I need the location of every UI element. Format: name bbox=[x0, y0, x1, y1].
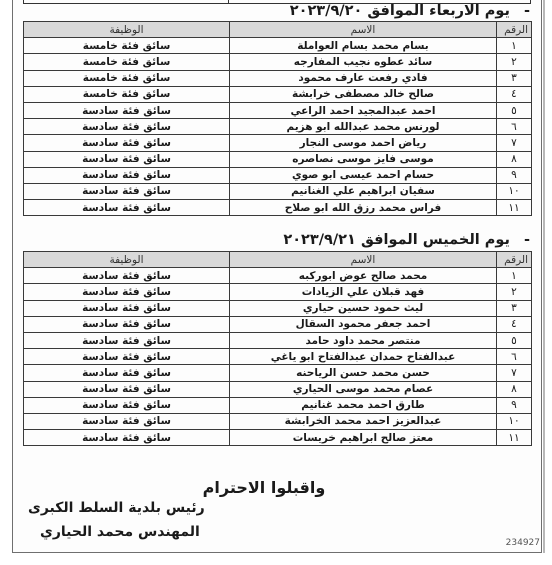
day-title-text: يوم الخميس الموافق ٢٠٢٣/٩/٢١ bbox=[283, 232, 510, 248]
row-number: ١١ bbox=[497, 430, 532, 446]
table-row: ٧رياض احمد موسى النجارسائق فئة سادسة bbox=[24, 135, 532, 151]
table-row: ٨موسى فايز موسى نصاصرهسائق فئة سادسة bbox=[24, 151, 532, 167]
page-edge bbox=[543, 0, 545, 553]
row-number: ٧ bbox=[497, 365, 532, 381]
row-job: سائق فئة سادسة bbox=[24, 381, 230, 397]
table-row: ٥منتصر محمد داود حامدسائق فئة سادسة bbox=[24, 332, 532, 348]
table-row: ٢سائد عطوه نجيب المفارجهسائق فئة خامسة bbox=[24, 54, 532, 70]
thursday-table: الرقم الاسم الوظيفة ١محمد صالح عوض ابورك… bbox=[23, 251, 532, 446]
row-job: سائق فئة خامسة bbox=[24, 38, 230, 54]
row-number: ٢ bbox=[497, 284, 532, 300]
section-thursday-title: -يوم الخميس الموافق ٢٠٢٣/٩/٢١ bbox=[283, 232, 530, 248]
row-number: ٥ bbox=[497, 332, 532, 348]
table-row: ٩حسام احمد عيسى ابو صويسائق فئة سادسة bbox=[24, 167, 532, 183]
row-name: بسام محمد بسام العواملة bbox=[230, 38, 497, 54]
row-number: ٦ bbox=[497, 119, 532, 135]
row-number: ١ bbox=[497, 268, 532, 284]
row-name: ليث حمود حسين حياري bbox=[230, 300, 497, 316]
signature-title: رئيس بلدية السلط الكبرى bbox=[28, 500, 205, 516]
day-title-text: يوم الاربعاء الموافق ٢٠٢٣/٩/٢٠ bbox=[290, 3, 510, 19]
row-number: ٩ bbox=[497, 167, 532, 183]
row-number: ٧ bbox=[497, 135, 532, 151]
row-number: ٩ bbox=[497, 397, 532, 413]
row-name: حسام احمد عيسى ابو صوي bbox=[230, 167, 497, 183]
table-row: ٦عبدالفتاح حمدان عبدالفتاح ابو ياغيسائق … bbox=[24, 349, 532, 365]
row-name: محمد صالح عوض ابوركبه bbox=[230, 268, 497, 284]
row-name: عبدالعزيز احمد محمد الخرابشة bbox=[230, 413, 497, 429]
row-name: فهد قبلان علي الزيادات bbox=[230, 284, 497, 300]
row-number: ٢ bbox=[497, 54, 532, 70]
row-name: طارق احمد محمد غنانيم bbox=[230, 397, 497, 413]
row-job: سائق فئة سادسة bbox=[24, 151, 230, 167]
table-row: ١٠عبدالعزيز احمد محمد الخرابشةسائق فئة س… bbox=[24, 413, 532, 429]
header-job: الوظيفة bbox=[24, 22, 230, 38]
table-row: ١٠سفيان ابراهيم علي الغنانيمسائق فئة ساد… bbox=[24, 183, 532, 199]
row-job: سائق فئة سادسة bbox=[24, 332, 230, 348]
row-job: سائق فئة سادسة bbox=[24, 135, 230, 151]
row-job: سائق فئة سادسة bbox=[24, 349, 230, 365]
table-row: ٨عصام محمد موسى الحياريسائق فئة سادسة bbox=[24, 381, 532, 397]
table-header-row: الرقم الاسم الوظيفة bbox=[24, 252, 532, 268]
wednesday-table: الرقم الاسم الوظيفة ١بسام محمد بسام العو… bbox=[23, 21, 532, 216]
header-number: الرقم bbox=[497, 252, 532, 268]
row-job: سائق فئة خامسة bbox=[24, 86, 230, 102]
row-name: صالح خالد مصطفى خرابشة bbox=[230, 86, 497, 102]
section-wednesday-title: -يوم الاربعاء الموافق ٢٠٢٣/٩/٢٠ bbox=[290, 3, 530, 19]
header-name: الاسم bbox=[230, 22, 497, 38]
document-number: 234927 bbox=[506, 538, 540, 548]
row-name: سائد عطوه نجيب المفارجه bbox=[230, 54, 497, 70]
closing-line: واقبلوا الاحترام bbox=[0, 478, 552, 497]
table-row: ٦لورنس محمد عبدالله ابو هزيمسائق فئة ساد… bbox=[24, 119, 532, 135]
row-number: ٨ bbox=[497, 381, 532, 397]
row-number: ١٠ bbox=[497, 183, 532, 199]
row-job: سائق فئة خامسة bbox=[24, 54, 230, 70]
row-job: سائق فئة سادسة bbox=[24, 200, 230, 216]
row-number: ٣ bbox=[497, 70, 532, 86]
row-name: فادي رفعت عارف محمود bbox=[230, 70, 497, 86]
signature-name: المهندس محمد الحياري bbox=[40, 524, 200, 540]
row-number: ٥ bbox=[497, 102, 532, 118]
row-name: عصام محمد موسى الحياري bbox=[230, 381, 497, 397]
row-job: سائق فئة سادسة bbox=[24, 183, 230, 199]
bullet-dash: - bbox=[524, 232, 530, 248]
row-name: رياض احمد موسى النجار bbox=[230, 135, 497, 151]
row-job: سائق فئة سادسة bbox=[24, 300, 230, 316]
table-row: ٤احمد جعفر محمود السقالسائق فئة سادسة bbox=[24, 316, 532, 332]
row-job: سائق فئة سادسة bbox=[24, 430, 230, 446]
header-number: الرقم bbox=[497, 22, 532, 38]
row-name: موسى فايز موسى نصاصره bbox=[230, 151, 497, 167]
row-name: احمد جعفر محمود السقال bbox=[230, 316, 497, 332]
table-row: ١١معتز صالح ابراهيم خريساتسائق فئة سادسة bbox=[24, 430, 532, 446]
table-row: ٤صالح خالد مصطفى خرابشةسائق فئة خامسة bbox=[24, 86, 532, 102]
table-row: ١محمد صالح عوض ابوركبهسائق فئة سادسة bbox=[24, 268, 532, 284]
row-job: سائق فئة سادسة bbox=[24, 268, 230, 284]
row-job: سائق فئة خامسة bbox=[24, 70, 230, 86]
row-name: حسن محمد حسن الرياحنه bbox=[230, 365, 497, 381]
table-row: ٣فادي رفعت عارف محمودسائق فئة خامسة bbox=[24, 70, 532, 86]
row-job: سائق فئة سادسة bbox=[24, 397, 230, 413]
row-number: ١ bbox=[497, 38, 532, 54]
row-number: ١٠ bbox=[497, 413, 532, 429]
row-job: سائق فئة سادسة bbox=[24, 365, 230, 381]
table-row: ٣ليث حمود حسين حياريسائق فئة سادسة bbox=[24, 300, 532, 316]
row-name: فراس محمد رزق الله ابو صلاح bbox=[230, 200, 497, 216]
row-job: سائق فئة سادسة bbox=[24, 119, 230, 135]
row-name: منتصر محمد داود حامد bbox=[230, 332, 497, 348]
row-job: سائق فئة سادسة bbox=[24, 167, 230, 183]
row-number: ٦ bbox=[497, 349, 532, 365]
row-job: سائق فئة سادسة bbox=[24, 316, 230, 332]
row-number: ٨ bbox=[497, 151, 532, 167]
row-name: سفيان ابراهيم علي الغنانيم bbox=[230, 183, 497, 199]
table-row: ١بسام محمد بسام العواملةسائق فئة خامسة bbox=[24, 38, 532, 54]
row-number: ٣ bbox=[497, 300, 532, 316]
table-row: ٩طارق احمد محمد غنانيمسائق فئة سادسة bbox=[24, 397, 532, 413]
row-name: احمد عبدالمجيد احمد الراعي bbox=[230, 102, 497, 118]
row-job: سائق فئة سادسة bbox=[24, 284, 230, 300]
table-row: ٧حسن محمد حسن الرياحنهسائق فئة سادسة bbox=[24, 365, 532, 381]
row-name: لورنس محمد عبدالله ابو هزيم bbox=[230, 119, 497, 135]
row-job: سائق فئة سادسة bbox=[24, 102, 230, 118]
header-name: الاسم bbox=[230, 252, 497, 268]
row-number: ١١ bbox=[497, 200, 532, 216]
table-row: ١١فراس محمد رزق الله ابو صلاحسائق فئة سا… bbox=[24, 200, 532, 216]
table-row: ٥احمد عبدالمجيد احمد الراعيسائق فئة سادس… bbox=[24, 102, 532, 118]
row-name: معتز صالح ابراهيم خريسات bbox=[230, 430, 497, 446]
header-job: الوظيفة bbox=[24, 252, 230, 268]
row-job: سائق فئة سادسة bbox=[24, 413, 230, 429]
row-number: ٤ bbox=[497, 86, 532, 102]
row-number: ٤ bbox=[497, 316, 532, 332]
table-row: ٢فهد قبلان علي الزياداتسائق فئة سادسة bbox=[24, 284, 532, 300]
row-name: عبدالفتاح حمدان عبدالفتاح ابو ياغي bbox=[230, 349, 497, 365]
table-header-row: الرقم الاسم الوظيفة bbox=[24, 22, 532, 38]
closing-text: واقبلوا الاحترام bbox=[203, 478, 326, 497]
bullet-dash: - bbox=[524, 3, 530, 19]
